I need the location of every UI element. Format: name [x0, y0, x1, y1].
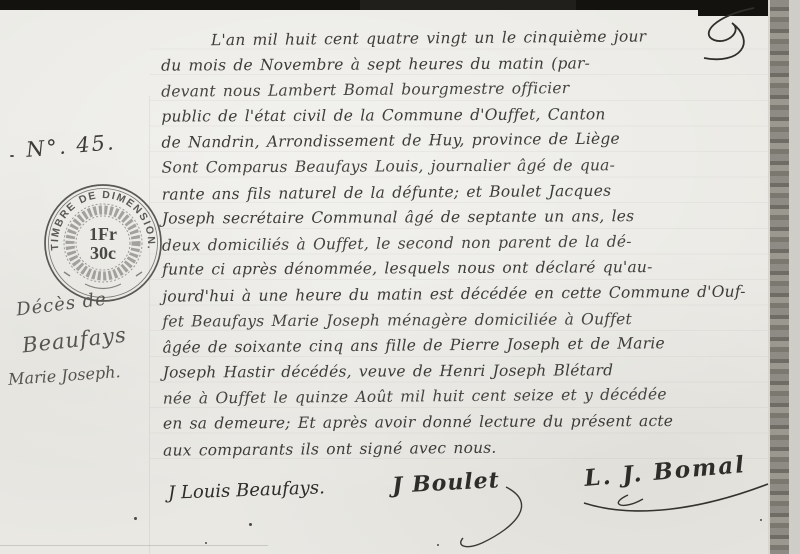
- margin-note-line: Décès de: [15, 289, 108, 321]
- paper-crease-line: [0, 545, 268, 546]
- paper-speck: [249, 523, 252, 526]
- margin-note-line: Beaufays: [21, 323, 128, 358]
- stamp-value-franc: 1Fr: [89, 224, 117, 244]
- act-text-line: âgée de soixante cinq ans fille de Pierr…: [162, 330, 768, 361]
- scanned-death-record-page: N°. 45. TIMBRE DE DIMENSION. 1Fr 30c Déc…: [0, 0, 800, 554]
- paper-speck: [205, 542, 207, 544]
- act-text-line: jourd'hui à une heure du matin est décéd…: [162, 279, 768, 310]
- act-text-line: deux domiciliés à Ouffet, le second non …: [162, 228, 768, 259]
- revenue-stamp: TIMBRE DE DIMENSION. 1Fr 30c: [40, 180, 166, 306]
- scan-edge-right: [789, 0, 800, 554]
- act-body-text: L'an mil huit cent quatre vingt un le ci…: [161, 24, 769, 462]
- stamp-value-centimes: 30c: [90, 243, 116, 263]
- signature-beaufays: J Louis Beaufays.: [168, 477, 325, 503]
- act-text-line: L'an mil huit cent quatre vingt un le ci…: [161, 23, 767, 54]
- signature-boulet: J Boulet: [391, 467, 500, 499]
- act-text-line: Joseph secrétaire Communal âgé de septan…: [162, 204, 768, 233]
- scan-edge-top: [0, 0, 800, 10]
- act-number: N°. 45.: [25, 130, 116, 162]
- act-text-line: en sa demeure; Et après avoir donné lect…: [163, 408, 769, 437]
- paper-speck: [437, 544, 439, 546]
- margin-note-line: Marie Joseph.: [7, 362, 121, 389]
- paper-speck: [10, 155, 14, 157]
- page-binding-edge: [768, 0, 789, 554]
- act-text-line: rante ans fils naturel de la défunte; et…: [162, 177, 768, 208]
- paper-speck: [760, 519, 762, 521]
- paper-speck: [134, 517, 137, 520]
- boulet-signature-flourish: [461, 487, 522, 547]
- act-text-line: Sont Comparus Beaufays Louis, journalier…: [162, 152, 768, 181]
- revenue-stamp-graphic: TIMBRE DE DIMENSION. 1Fr 30c: [40, 180, 166, 306]
- bomal-signature-loop: [618, 495, 643, 505]
